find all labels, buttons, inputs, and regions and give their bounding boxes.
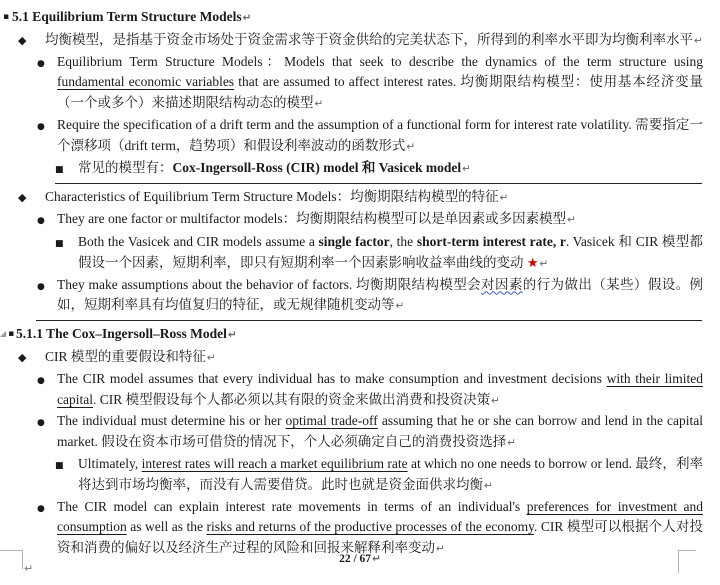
outline-triangle-icon: ◢ [0, 329, 6, 338]
heading-markers: ▪ [3, 7, 12, 30]
paragraph-text: 5.1.1 The Cox–Ingersoll–Ross Model↵ [16, 324, 720, 347]
paragraph-mark: ↵ [227, 329, 237, 341]
bullet-column: ● [37, 275, 57, 318]
text-segment: Characteristics of Equilibrium Term Stru… [45, 189, 499, 204]
text-segment: Both the Vasicek and CIR models assume a [78, 234, 319, 249]
bullet-icon: ■ [55, 239, 64, 249]
text-segment: 5.1.1 The Cox–Ingersoll–Ross Model [16, 326, 227, 341]
text-segment: interest rates will reach a market equil… [142, 456, 408, 471]
text-segment: . CIR 模型假设每个人都必须以其有限的资金来做出消费和投资决策 [93, 392, 490, 407]
paragraph-mark: ↵ [499, 192, 509, 204]
section-heading: ◢▪5.1.1 The Cox–Ingersoll–Ross Model↵ [0, 324, 720, 347]
paragraph-text: They are one factor or multifactor model… [57, 209, 720, 232]
list-item: ■Ultimately, interest rates will reach a… [0, 454, 720, 497]
text-segment: Require the specification of a drift ter… [57, 117, 703, 153]
paragraph-mark: ↵ [371, 553, 381, 565]
heading-square-icon: ▪ [3, 12, 9, 22]
bullet-icon: ■ [55, 461, 64, 471]
text-segment: Equilibrium Term Structure Models：Models… [57, 54, 703, 69]
bullet-icon: ● [37, 59, 45, 69]
paragraph-text: They make assumptions about the behavior… [57, 275, 720, 318]
text-segment: as well as the [127, 519, 207, 534]
paragraph-mark: ↵ [395, 300, 405, 312]
text-segment: , the [390, 234, 417, 249]
paragraph-mark: ↵ [405, 141, 415, 153]
paragraph-text: The individual must determine his or her… [57, 411, 720, 454]
paragraph-text: Require the specification of a drift ter… [57, 115, 720, 158]
highlight-star-icon: ★ [527, 256, 539, 271]
paragraph-mark: ↵ [539, 258, 549, 270]
bullet-column: ■ [55, 158, 78, 181]
bullet-column: ■ [55, 454, 78, 497]
text-segment: optimal trade-off [286, 413, 378, 428]
page-number: 22 / 67↵ [0, 550, 720, 568]
paragraph-mark: ↵ [506, 437, 516, 449]
paragraph-mark: ↵ [314, 98, 324, 110]
text-segment: single factor [319, 234, 390, 249]
text-segment: The CIR model can explain interest rate … [57, 499, 527, 514]
list-item: ◆均衡模型，是指基于资金市场处于资金需求等于资金供给的完美状态下，所得到的利率水… [0, 30, 720, 52]
text-segment: 均衡模型，是指基于资金市场处于资金需求等于资金供给的完美状态下，所得到的利率水平… [45, 32, 693, 47]
bullet-icon: ◆ [18, 34, 26, 47]
bullet-column: ● [37, 209, 57, 232]
text-segment: 对因素 [481, 277, 523, 292]
text-segment: risks and returns of the productive proc… [206, 519, 534, 534]
text-segment: fundamental economic variables [57, 74, 234, 89]
bullet-icon: ● [37, 216, 45, 226]
paragraph-text: The CIR model assumes that every individ… [57, 369, 720, 412]
bullet-column: ● [37, 411, 57, 454]
section-divider [36, 318, 702, 321]
document-body: ▪5.1 Equilibrium Term Structure Models↵◆… [0, 7, 720, 560]
bullet-icon: ● [37, 282, 45, 292]
text-segment: 5.1 Equilibrium Term Structure Models [12, 9, 242, 24]
paragraph-mark: ↵ [566, 214, 576, 226]
bullet-column: ● [37, 115, 57, 158]
list-item: ●They make assumptions about the behavio… [0, 275, 720, 318]
text-segment: CIR 模型的重要假设和特征 [45, 349, 206, 364]
bullet-column: ◆ [18, 347, 45, 369]
bullet-column: ● [37, 369, 57, 412]
list-item: ●Equilibrium Term Structure Models：Model… [0, 52, 720, 115]
paragraph-text: Characteristics of Equilibrium Term Stru… [45, 187, 720, 209]
list-item: ●The CIR model assumes that every indivi… [0, 369, 720, 412]
bullet-column: ◆ [18, 30, 45, 52]
bullet-icon: ◆ [18, 191, 26, 204]
list-item: ■Both the Vasicek and CIR models assume … [0, 232, 720, 275]
paragraph-mark: ↵ [693, 35, 703, 47]
list-item: ◆Characteristics of Equilibrium Term Str… [0, 187, 720, 209]
text-segment: The individual must determine his or her [57, 413, 286, 428]
heading-markers: ◢▪ [0, 324, 16, 347]
bullet-icon: ◆ [18, 351, 26, 364]
paragraph-text: Both the Vasicek and CIR models assume a… [78, 232, 720, 275]
bullet-column: ◆ [18, 187, 45, 209]
list-item: ■常见的模型有：Cox-Ingersoll-Ross (CIR) model 和… [0, 158, 720, 181]
paragraph-mark: ↵ [483, 480, 493, 492]
list-item: ◆CIR 模型的重要假设和特征↵ [0, 347, 720, 369]
heading-square-icon: ▪ [8, 329, 14, 339]
page-number-label: 22 / 67 [339, 553, 371, 565]
paragraph-text: 均衡模型，是指基于资金市场处于资金需求等于资金供给的完美状态下，所得到的利率水平… [45, 30, 720, 52]
paragraph-text: 5.1 Equilibrium Term Structure Models↵ [12, 7, 720, 30]
bullet-column: ● [37, 52, 57, 115]
paragraph-text: Equilibrium Term Structure Models：Models… [57, 52, 720, 115]
text-segment: short-term interest rate, r [417, 234, 566, 249]
bullet-column: ■ [55, 232, 78, 275]
text-segment: 常见的模型有： [78, 160, 173, 175]
paragraph-mark: ↵ [461, 163, 471, 175]
text-segment: Cox-Ingersoll-Ross (CIR) model 和 Vasicek… [173, 160, 462, 175]
section-divider [55, 181, 702, 184]
paragraph-text: CIR 模型的重要假设和特征↵ [45, 347, 720, 369]
paragraph-text: Ultimately, interest rates will reach a … [78, 454, 720, 497]
bullet-icon: ● [37, 376, 45, 386]
text-segment: They make assumptions about the behavior… [57, 277, 481, 292]
paragraph-mark: ↵ [206, 352, 216, 364]
bullet-icon: ● [37, 418, 45, 428]
bullet-icon: ● [37, 122, 45, 132]
paragraph-mark: ↵ [242, 12, 252, 24]
bullet-icon: ● [37, 504, 45, 514]
list-item: ●Require the specification of a drift te… [0, 115, 720, 158]
document-page: { "document": { "blocks": [ { "type":"he… [0, 0, 720, 585]
section-heading: ▪5.1 Equilibrium Term Structure Models↵ [0, 7, 720, 30]
bullet-icon: ■ [55, 165, 64, 175]
text-segment: The CIR model assumes that every individ… [57, 371, 607, 386]
list-item: ●They are one factor or multifactor mode… [0, 209, 720, 232]
paragraph-mark: ↵ [490, 395, 500, 407]
text-segment: They are one factor or multifactor model… [57, 211, 566, 226]
list-item: ●The individual must determine his or he… [0, 411, 720, 454]
paragraph-text: 常见的模型有：Cox-Ingersoll-Ross (CIR) model 和 … [78, 158, 720, 181]
text-segment: Ultimately, [78, 456, 142, 471]
